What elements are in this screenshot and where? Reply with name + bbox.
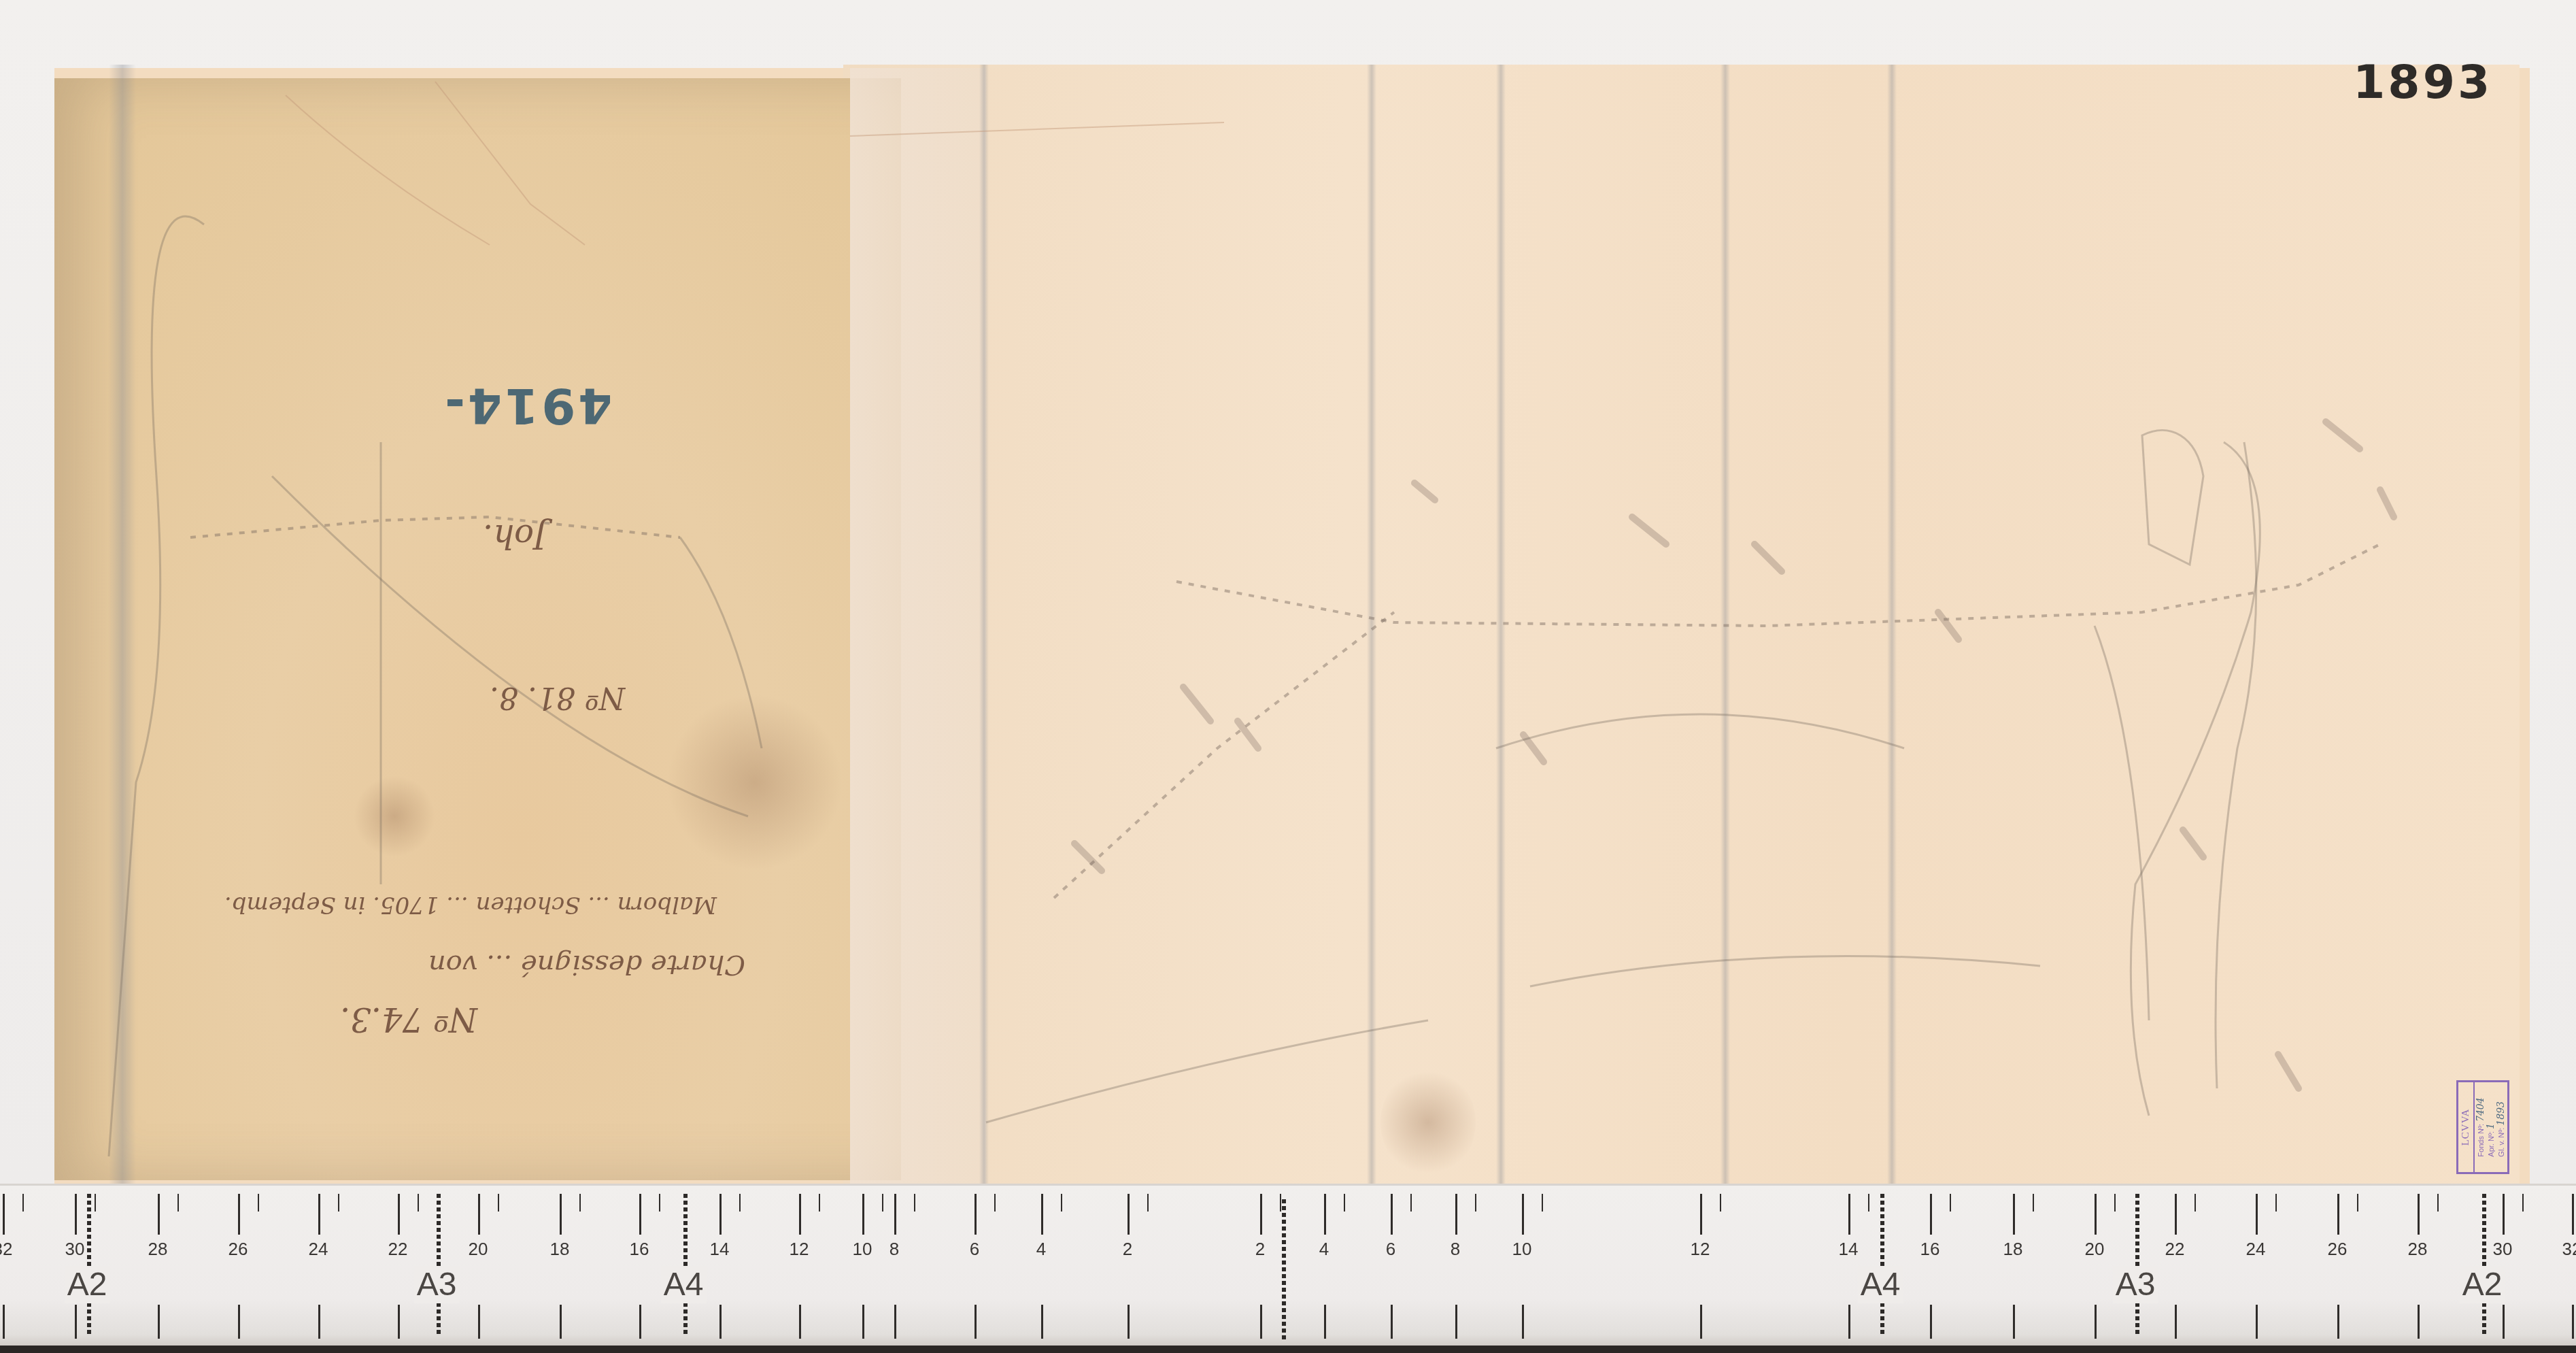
ruler-minor-tick [258, 1194, 259, 1212]
ruler-tick [398, 1305, 400, 1339]
ruler-tick [799, 1194, 801, 1235]
ink-title-line-1: Charte dessigné ... von [428, 949, 745, 980]
ruler-minor-tick [2437, 1194, 2439, 1212]
ruler-tick [2337, 1194, 2339, 1235]
ruler-tick-label: 8 [889, 1239, 899, 1260]
stain [666, 694, 843, 871]
ruler-tick [1324, 1305, 1326, 1339]
paper-size-label: A2 [65, 1266, 110, 1303]
measuring-ruler: 3230282624222018161412108642246810121416… [0, 1184, 2576, 1348]
ruler-tick [75, 1305, 77, 1339]
ruler-tick-label: 22 [2165, 1239, 2185, 1260]
ruler-tick [2572, 1305, 2574, 1339]
ruler-tick [158, 1305, 160, 1339]
stamp-title: LCVVA [2460, 1109, 2472, 1146]
ruler-tick-label: 16 [1920, 1239, 1940, 1260]
stamp-fonds-label: Fonds Nº: [2477, 1124, 2486, 1157]
ruler-tick [2256, 1305, 2258, 1339]
ruler-minor-tick [659, 1194, 660, 1212]
ruler-minor-tick [739, 1194, 741, 1212]
stamp-title-cell: LCVVA [2458, 1082, 2475, 1172]
ruler-tick [2175, 1305, 2177, 1339]
paper-size-label: A4 [1858, 1266, 1903, 1303]
ruler-tick-label: 12 [790, 1239, 809, 1260]
ruler-tick [478, 1194, 480, 1235]
ruler-tick [1700, 1194, 1702, 1235]
archive-stamp: LCVVA Fonds Nº: 7404 Apr. Nº: 1 Gl. v. N… [2456, 1080, 2509, 1174]
ruler-tick [2418, 1194, 2420, 1235]
ruler-tick [639, 1305, 641, 1339]
map-sheet-right-panel [843, 65, 2520, 1184]
paper-size-marker [1880, 1194, 1884, 1337]
stamp-fonds-value: 7404 [2475, 1097, 2486, 1122]
ruler-minor-tick [819, 1194, 820, 1212]
fold-line [1496, 65, 1506, 1184]
stamp-fonds-row: Fonds Nº: 7404 [2476, 1097, 2486, 1156]
ruler-minor-tick [882, 1194, 883, 1212]
ruler-tick-label: 26 [2328, 1239, 2348, 1260]
ruler-minor-tick [22, 1194, 24, 1212]
ruler-minor-tick [579, 1194, 581, 1212]
ruler-tick [158, 1194, 160, 1235]
ruler-edge [0, 1346, 2576, 1353]
ruler-tick [3, 1194, 5, 1235]
ruler-tick-label: 30 [2493, 1239, 2513, 1260]
ruler-tick-label: 24 [2246, 1239, 2266, 1260]
ruler-tick [894, 1305, 896, 1339]
ruler-tick [2013, 1305, 2015, 1339]
ruler-tick-label: 14 [710, 1239, 730, 1260]
ruler-tick [1041, 1194, 1043, 1235]
ruler-tick [1260, 1194, 1262, 1235]
stamp-apr-row: Apr. Nº: 1 [2486, 1097, 2496, 1156]
ruler-tick [1260, 1305, 1262, 1339]
ruler-center-marker [1282, 1199, 1286, 1342]
ruler-tick [719, 1305, 722, 1339]
ruler-minor-tick [2194, 1194, 2196, 1212]
ruler-minor-tick [1475, 1194, 1476, 1212]
ruler-minor-tick [418, 1194, 419, 1212]
paper-size-label: A4 [661, 1266, 707, 1303]
ruler-tick-label: 30 [65, 1239, 85, 1260]
ruler-tick-label: 32 [2562, 1239, 2576, 1260]
ink-signature: Joh. [483, 517, 547, 555]
ruler-tick [1455, 1194, 1457, 1235]
stamp-apr-label: Apr. Nº: [2488, 1131, 2496, 1157]
ruler-tick-label: 2 [1123, 1239, 1132, 1260]
ruler-tick-label: 10 [1512, 1239, 1532, 1260]
ruler-tick-label: 26 [228, 1239, 248, 1260]
ruler-minor-tick [914, 1194, 915, 1212]
fold-line [109, 65, 136, 1184]
ruler-tick-label: 18 [550, 1239, 570, 1260]
ruler-tick-label: 2 [1255, 1239, 1265, 1260]
ruler-minor-tick [1950, 1194, 1951, 1212]
ruler-tick [2095, 1194, 2097, 1235]
ruler-tick [2418, 1305, 2420, 1339]
ruler-tick-label: 4 [1036, 1239, 1046, 1260]
ruler-tick-label: 8 [1451, 1239, 1460, 1260]
ruler-tick-label: 14 [1839, 1239, 1859, 1260]
ruler-tick [478, 1305, 480, 1339]
stamp-glv-value: 1893 [2496, 1101, 2507, 1126]
ink-reference-number: Nº 81. 8. [490, 680, 625, 715]
ruler-minor-tick [1061, 1194, 1062, 1212]
ruler-minor-tick [338, 1194, 339, 1212]
paper-overlap-strip [850, 68, 986, 1184]
ruler-tick [2013, 1194, 2015, 1235]
ruler-tick [318, 1305, 320, 1339]
ruler-tick [639, 1194, 641, 1235]
ruler-tick [318, 1194, 320, 1235]
ruler-tick [1848, 1194, 1850, 1235]
ruler-tick-label: 16 [630, 1239, 649, 1260]
ruler-minor-tick [1410, 1194, 1412, 1212]
archive-year-number: 1893 [2353, 56, 2492, 110]
paper-size-label: A3 [2113, 1266, 2158, 1303]
ruler-minor-tick [2522, 1194, 2524, 1212]
ruler-tick [1128, 1305, 1130, 1339]
ruler-tick [862, 1194, 864, 1235]
ruler-tick [1930, 1305, 1932, 1339]
ruler-tick [75, 1194, 77, 1235]
ruler-tick [398, 1194, 400, 1235]
stamp-glv-label: Gl. v. Nº: [2498, 1128, 2506, 1157]
paper-size-marker [2135, 1194, 2139, 1337]
paper-size-marker [2482, 1194, 2486, 1337]
fold-line [1721, 65, 1730, 1184]
ruler-minor-tick [1542, 1194, 1543, 1212]
paper-size-marker [683, 1194, 688, 1337]
ruler-minor-tick [2275, 1194, 2277, 1212]
ruler-tick [2095, 1305, 2097, 1339]
ruler-tick [2256, 1194, 2258, 1235]
ruler-tick [894, 1194, 896, 1235]
stamp-glv-row: Gl. v. Nº: 1893 [2496, 1097, 2507, 1156]
ruler-minor-tick [498, 1194, 499, 1212]
ruler-tick [2572, 1194, 2574, 1235]
ruler-tick [2175, 1194, 2177, 1235]
ruler-minor-tick [2033, 1194, 2034, 1212]
ruler-minor-tick [2114, 1194, 2116, 1212]
fold-line [1367, 65, 1376, 1184]
blue-pencil-number: 4914- [442, 378, 612, 435]
fold-line [1887, 65, 1897, 1184]
ruler-tick [238, 1194, 240, 1235]
ruler-tick [1522, 1194, 1524, 1235]
paper-size-marker [437, 1194, 441, 1337]
ruler-tick-label: 6 [1386, 1239, 1395, 1260]
stain [1380, 1068, 1476, 1177]
ruler-minor-tick [2357, 1194, 2358, 1212]
stamp-fields: Fonds Nº: 7404 Apr. Nº: 1 Gl. v. Nº: 189… [2476, 1097, 2507, 1156]
stamp-fields-cell: Fonds Nº: 7404 Apr. Nº: 1 Gl. v. Nº: 189… [2475, 1082, 2507, 1172]
ruler-tick-label: 6 [970, 1239, 979, 1260]
paper-size-label: A2 [2460, 1266, 2505, 1303]
fold-line [979, 65, 989, 1184]
ruler-minor-tick [1280, 1194, 1281, 1212]
ruler-tick [1848, 1305, 1850, 1339]
stain [354, 775, 435, 857]
ruler-tick-label: 24 [309, 1239, 328, 1260]
ruler-tick [799, 1305, 801, 1339]
paper-size-marker [87, 1194, 91, 1337]
ink-catalog-number: Nº 74.3. [340, 1000, 477, 1038]
ruler-tick [719, 1194, 722, 1235]
ruler-tick [2503, 1305, 2505, 1339]
ruler-minor-tick [95, 1194, 96, 1212]
ruler-tick [1128, 1194, 1130, 1235]
ruler-tick-label: 32 [0, 1239, 12, 1260]
ink-title-line-2: Malborn ... Schotten ... 1705. in Septem… [224, 891, 717, 918]
ruler-tick [1324, 1194, 1326, 1235]
ruler-minor-tick [1720, 1194, 1721, 1212]
ruler-tick [2337, 1305, 2339, 1339]
ruler-tick [862, 1305, 864, 1339]
ruler-tick-label: 12 [1691, 1239, 1710, 1260]
ruler-tick [1700, 1305, 1702, 1339]
ruler-tick [3, 1305, 5, 1339]
ruler-tick-label: 20 [2085, 1239, 2105, 1260]
ruler-tick-label: 4 [1319, 1239, 1329, 1260]
ruler-minor-tick [177, 1194, 179, 1212]
ruler-tick-label: 22 [388, 1239, 408, 1260]
ruler-tick [2503, 1194, 2505, 1235]
ruler-tick-label: 20 [469, 1239, 488, 1260]
ruler-tick [975, 1305, 977, 1339]
ruler-tick [1455, 1305, 1457, 1339]
ruler-tick-label: 28 [148, 1239, 168, 1260]
ruler-tick-label: 28 [2408, 1239, 2428, 1260]
ruler-tick [238, 1305, 240, 1339]
ruler-tick-label: 10 [853, 1239, 872, 1260]
ruler-tick [975, 1194, 977, 1235]
ruler-tick [1041, 1305, 1043, 1339]
ruler-minor-tick [1147, 1194, 1149, 1212]
stamp-apr-value: 1 [2486, 1123, 2496, 1129]
ruler-tick [560, 1305, 562, 1339]
ruler-minor-tick [994, 1194, 996, 1212]
map-sheet-left-panel [54, 78, 901, 1180]
ruler-tick [1522, 1305, 1524, 1339]
ruler-tick [560, 1194, 562, 1235]
ruler-tick [1391, 1305, 1393, 1339]
ruler-tick [1391, 1194, 1393, 1235]
paper-size-label: A3 [414, 1266, 460, 1303]
ruler-tick [1930, 1194, 1932, 1235]
ruler-tick-label: 18 [2003, 1239, 2023, 1260]
ruler-minor-tick [1344, 1194, 1345, 1212]
ruler-minor-tick [1868, 1194, 1869, 1212]
